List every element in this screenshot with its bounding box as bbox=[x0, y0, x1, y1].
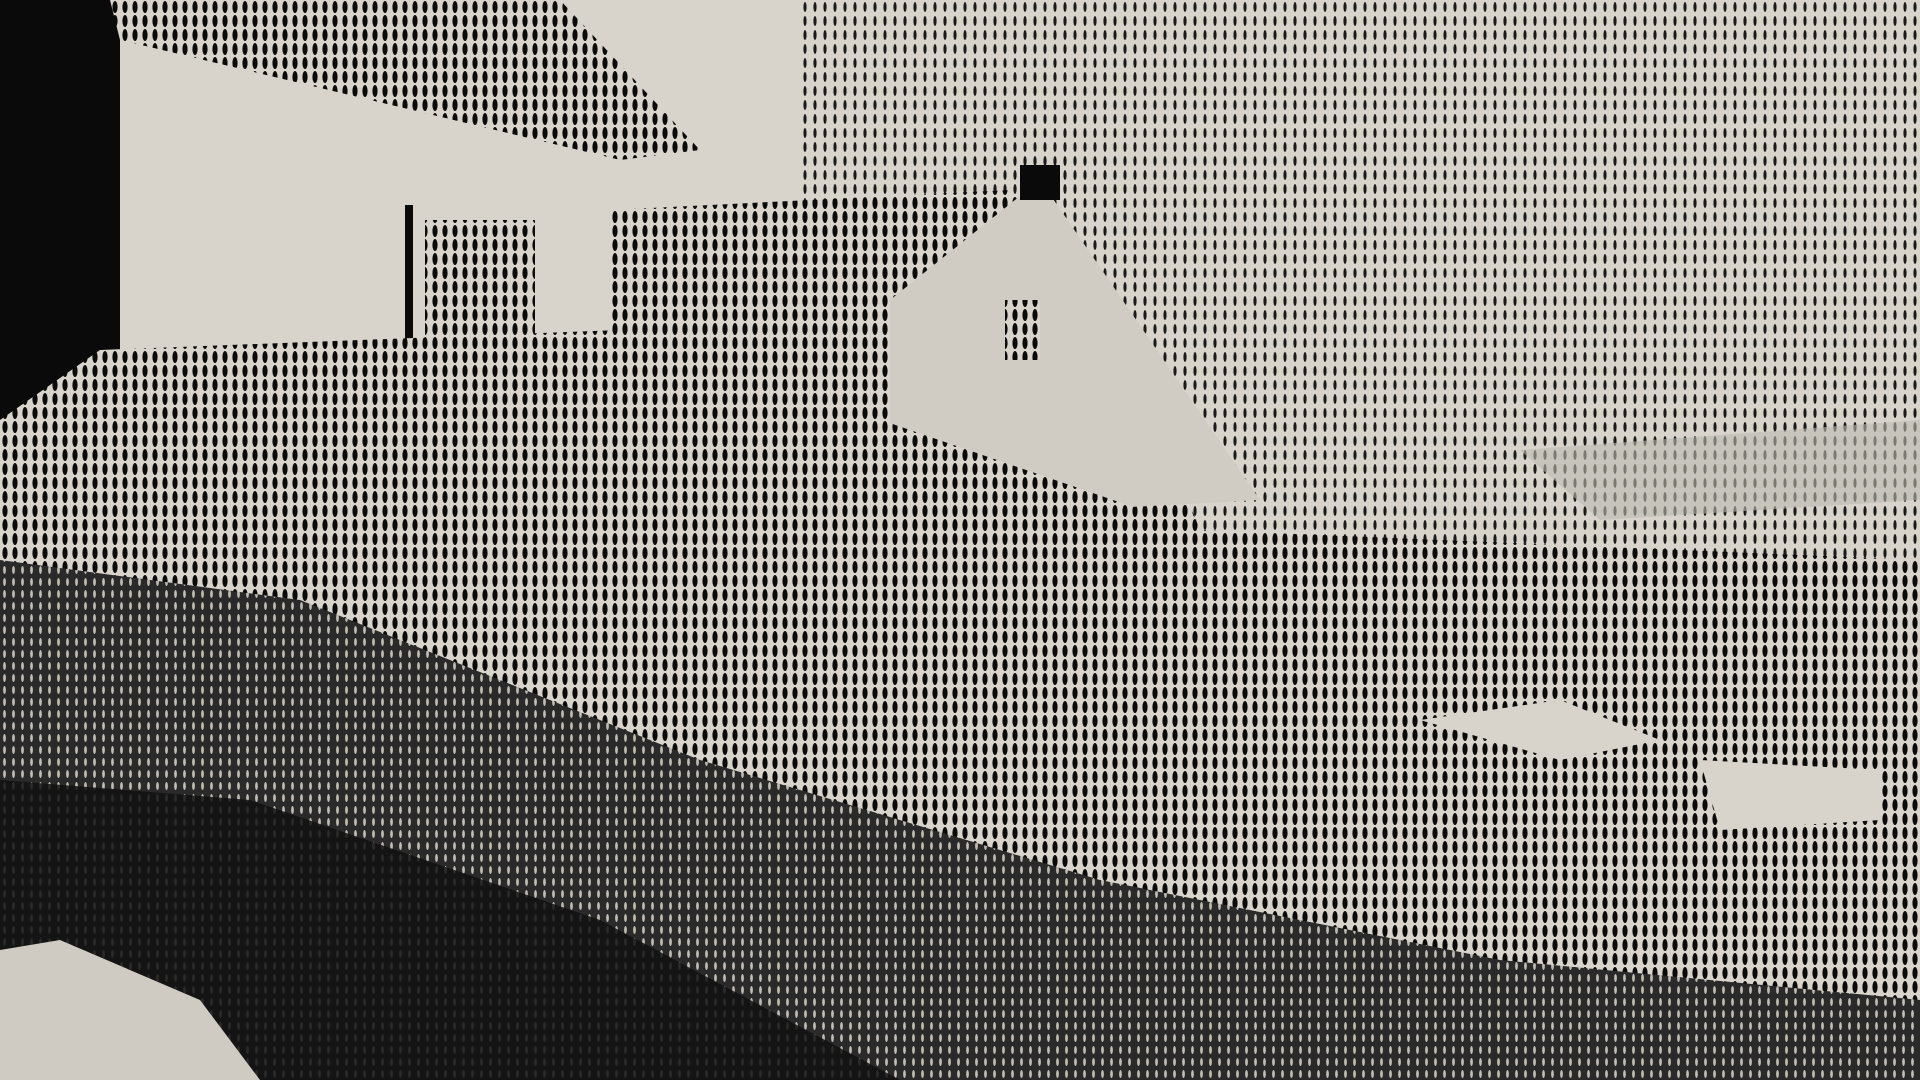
chimney bbox=[1020, 165, 1060, 200]
photo-canvas bbox=[0, 0, 1920, 1080]
building-door bbox=[425, 220, 535, 350]
